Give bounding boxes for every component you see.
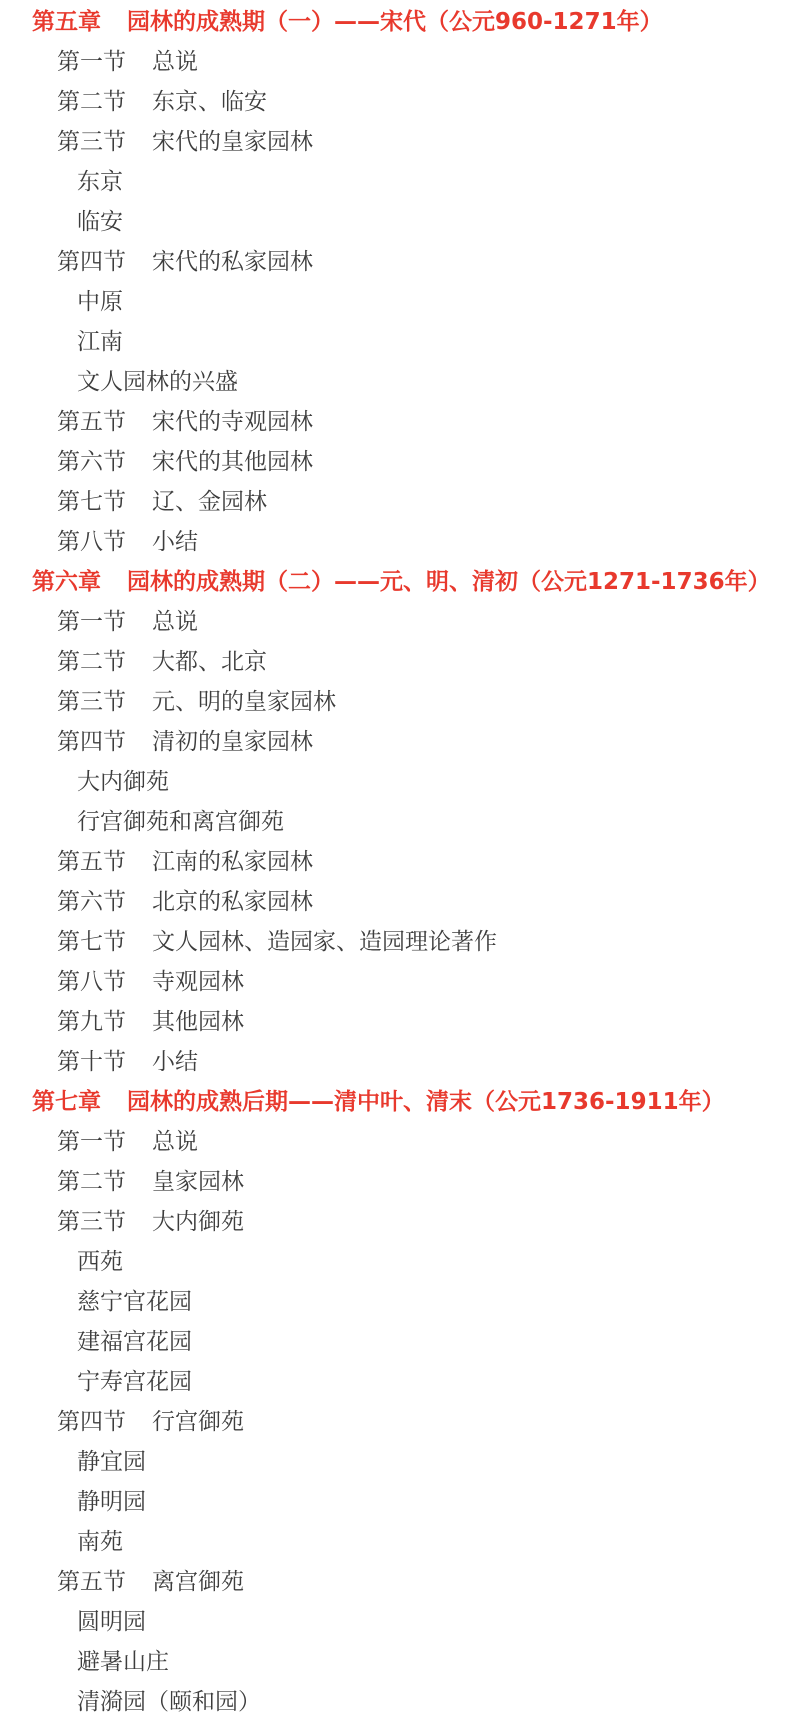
section-title: 文人园林、造园家、造园理论著作 — [152, 922, 497, 962]
toc-section-entry: 第五节离宫御苑 — [0, 1562, 790, 1602]
toc-section-entry: 第四节宋代的私家园林 — [0, 242, 790, 282]
section-title: 寺观园林 — [152, 962, 244, 1002]
subsection-title: 文人园林的兴盛 — [77, 362, 238, 402]
section-number: 第二节 — [57, 82, 126, 122]
section-title: 东京、临安 — [152, 82, 267, 122]
chapter-number: 第七章 — [32, 1082, 101, 1122]
toc-subsection-entry: 宁寿宫花园 — [0, 1362, 790, 1402]
chapter-number: 第六章 — [32, 562, 101, 602]
section-title: 宋代的皇家园林 — [152, 122, 313, 162]
subsection-title: 静明园 — [77, 1482, 146, 1522]
toc-section-entry: 第一节总说 — [0, 602, 790, 642]
subsection-title: 慈宁官花园 — [77, 1282, 192, 1322]
section-number: 第四节 — [57, 722, 126, 762]
toc-subsection-entry: 西苑 — [0, 1242, 790, 1282]
section-number: 第十节 — [57, 1042, 126, 1082]
section-number: 第五节 — [57, 842, 126, 882]
toc-section-entry: 第七节文人园林、造园家、造园理论著作 — [0, 922, 790, 962]
section-number: 第三节 — [57, 682, 126, 722]
toc-section-entry: 第四节清初的皇家园林 — [0, 722, 790, 762]
toc-section-entry: 第十节小结 — [0, 1042, 790, 1082]
section-number: 第六节 — [57, 882, 126, 922]
subsection-title: 东京 — [77, 162, 123, 202]
toc-subsection-entry: 临安 — [0, 202, 790, 242]
subsection-title: 中原 — [77, 282, 123, 322]
toc-subsection-entry: 中原 — [0, 282, 790, 322]
subsection-title: 宁寿宫花园 — [77, 1362, 192, 1402]
subsection-title: 行宫御苑和离宫御苑 — [77, 802, 284, 842]
subsection-title: 西苑 — [77, 1242, 123, 1282]
section-number: 第二节 — [57, 642, 126, 682]
chapter-title: 园林的成熟期（二）——元、明、清初（公元1271-1736年） — [127, 562, 771, 602]
toc-subsection-entry: 避暑山庄 — [0, 1642, 790, 1682]
section-title: 小结 — [152, 1042, 198, 1082]
section-title: 其他园林 — [152, 1002, 244, 1042]
toc: 第五章园林的成熟期（一）——宋代（公元960-1271年）第一节总说第二节东京、… — [0, 0, 790, 1722]
section-title: 皇家园林 — [152, 1162, 244, 1202]
section-number: 第三节 — [57, 122, 126, 162]
section-number: 第三节 — [57, 1202, 126, 1242]
section-title: 宋代的寺观园林 — [152, 402, 313, 442]
section-number: 第五节 — [57, 1562, 126, 1602]
chapter-heading: 第六章园林的成熟期（二）——元、明、清初（公元1271-1736年） — [0, 562, 790, 602]
toc-section-entry: 第一节总说 — [0, 42, 790, 82]
toc-section-entry: 第三节大内御苑 — [0, 1202, 790, 1242]
section-number: 第五节 — [57, 402, 126, 442]
section-title: 宋代的私家园林 — [152, 242, 313, 282]
section-number: 第八节 — [57, 522, 126, 562]
section-title: 元、明的皇家园林 — [152, 682, 336, 722]
toc-section-entry: 第五节宋代的寺观园林 — [0, 402, 790, 442]
toc-section-entry: 第二节皇家园林 — [0, 1162, 790, 1202]
section-title: 宋代的其他园林 — [152, 442, 313, 482]
section-number: 第二节 — [57, 1162, 126, 1202]
toc-subsection-entry: 文人园林的兴盛 — [0, 362, 790, 402]
subsection-title: 建福宫花园 — [77, 1322, 192, 1362]
chapter-title: 园林的成熟后期——清中叶、清末（公元1736-1911年） — [127, 1082, 725, 1122]
chapter-title: 园林的成熟期（一）——宋代（公元960-1271年） — [127, 2, 663, 42]
section-title: 江南的私家园林 — [152, 842, 313, 882]
section-number: 第四节 — [57, 242, 126, 282]
toc-section-entry: 第二节大都、北京 — [0, 642, 790, 682]
section-title: 离宫御苑 — [152, 1562, 244, 1602]
toc-section-entry: 第一节总说 — [0, 1122, 790, 1162]
toc-section-entry: 第二节东京、临安 — [0, 82, 790, 122]
section-title: 清初的皇家园林 — [152, 722, 313, 762]
toc-section-entry: 第七节辽、金园林 — [0, 482, 790, 522]
subsection-title: 避暑山庄 — [77, 1642, 169, 1682]
section-title: 北京的私家园林 — [152, 882, 313, 922]
chapter-heading: 第七章园林的成熟后期——清中叶、清末（公元1736-1911年） — [0, 1082, 790, 1122]
section-title: 大内御苑 — [152, 1202, 244, 1242]
section-title: 行宫御苑 — [152, 1402, 244, 1442]
section-title: 总说 — [152, 42, 198, 82]
toc-subsection-entry: 静明园 — [0, 1482, 790, 1522]
section-number: 第一节 — [57, 602, 126, 642]
section-title: 大都、北京 — [152, 642, 267, 682]
chapter-number: 第五章 — [32, 2, 101, 42]
toc-subsection-entry: 慈宁官花园 — [0, 1282, 790, 1322]
toc-section-entry: 第四节行宫御苑 — [0, 1402, 790, 1442]
section-number: 第七节 — [57, 922, 126, 962]
toc-section-entry: 第三节宋代的皇家园林 — [0, 122, 790, 162]
subsection-title: 大内御苑 — [77, 762, 169, 802]
toc-subsection-entry: 清漪园（颐和园） — [0, 1682, 790, 1722]
section-number: 第四节 — [57, 1402, 126, 1442]
section-number: 第一节 — [57, 1122, 126, 1162]
subsection-title: 南苑 — [77, 1522, 123, 1562]
subsection-title: 静宜园 — [77, 1442, 146, 1482]
section-number: 第八节 — [57, 962, 126, 1002]
section-number: 第一节 — [57, 42, 126, 82]
toc-subsection-entry: 圆明园 — [0, 1602, 790, 1642]
toc-subsection-entry: 静宜园 — [0, 1442, 790, 1482]
toc-section-entry: 第八节小结 — [0, 522, 790, 562]
toc-subsection-entry: 大内御苑 — [0, 762, 790, 802]
toc-section-entry: 第六节宋代的其他园林 — [0, 442, 790, 482]
section-number: 第七节 — [57, 482, 126, 522]
section-title: 小结 — [152, 522, 198, 562]
toc-section-entry: 第五节江南的私家园林 — [0, 842, 790, 882]
subsection-title: 清漪园（颐和园） — [77, 1682, 261, 1722]
toc-section-entry: 第九节其他园林 — [0, 1002, 790, 1042]
section-number: 第六节 — [57, 442, 126, 482]
toc-section-entry: 第三节元、明的皇家园林 — [0, 682, 790, 722]
subsection-title: 圆明园 — [77, 1602, 146, 1642]
toc-subsection-entry: 建福宫花园 — [0, 1322, 790, 1362]
section-title: 总说 — [152, 602, 198, 642]
section-number: 第九节 — [57, 1002, 126, 1042]
toc-subsection-entry: 行宫御苑和离宫御苑 — [0, 802, 790, 842]
chapter-heading: 第五章园林的成熟期（一）——宋代（公元960-1271年） — [0, 2, 790, 42]
subsection-title: 江南 — [77, 322, 123, 362]
toc-section-entry: 第八节寺观园林 — [0, 962, 790, 1002]
section-title: 总说 — [152, 1122, 198, 1162]
toc-subsection-entry: 江南 — [0, 322, 790, 362]
subsection-title: 临安 — [77, 202, 123, 242]
toc-section-entry: 第六节北京的私家园林 — [0, 882, 790, 922]
toc-subsection-entry: 东京 — [0, 162, 790, 202]
toc-subsection-entry: 南苑 — [0, 1522, 790, 1562]
book-toc-page: 第五章园林的成熟期（一）——宋代（公元960-1271年）第一节总说第二节东京、… — [0, 0, 790, 1722]
section-title: 辽、金园林 — [152, 482, 267, 522]
